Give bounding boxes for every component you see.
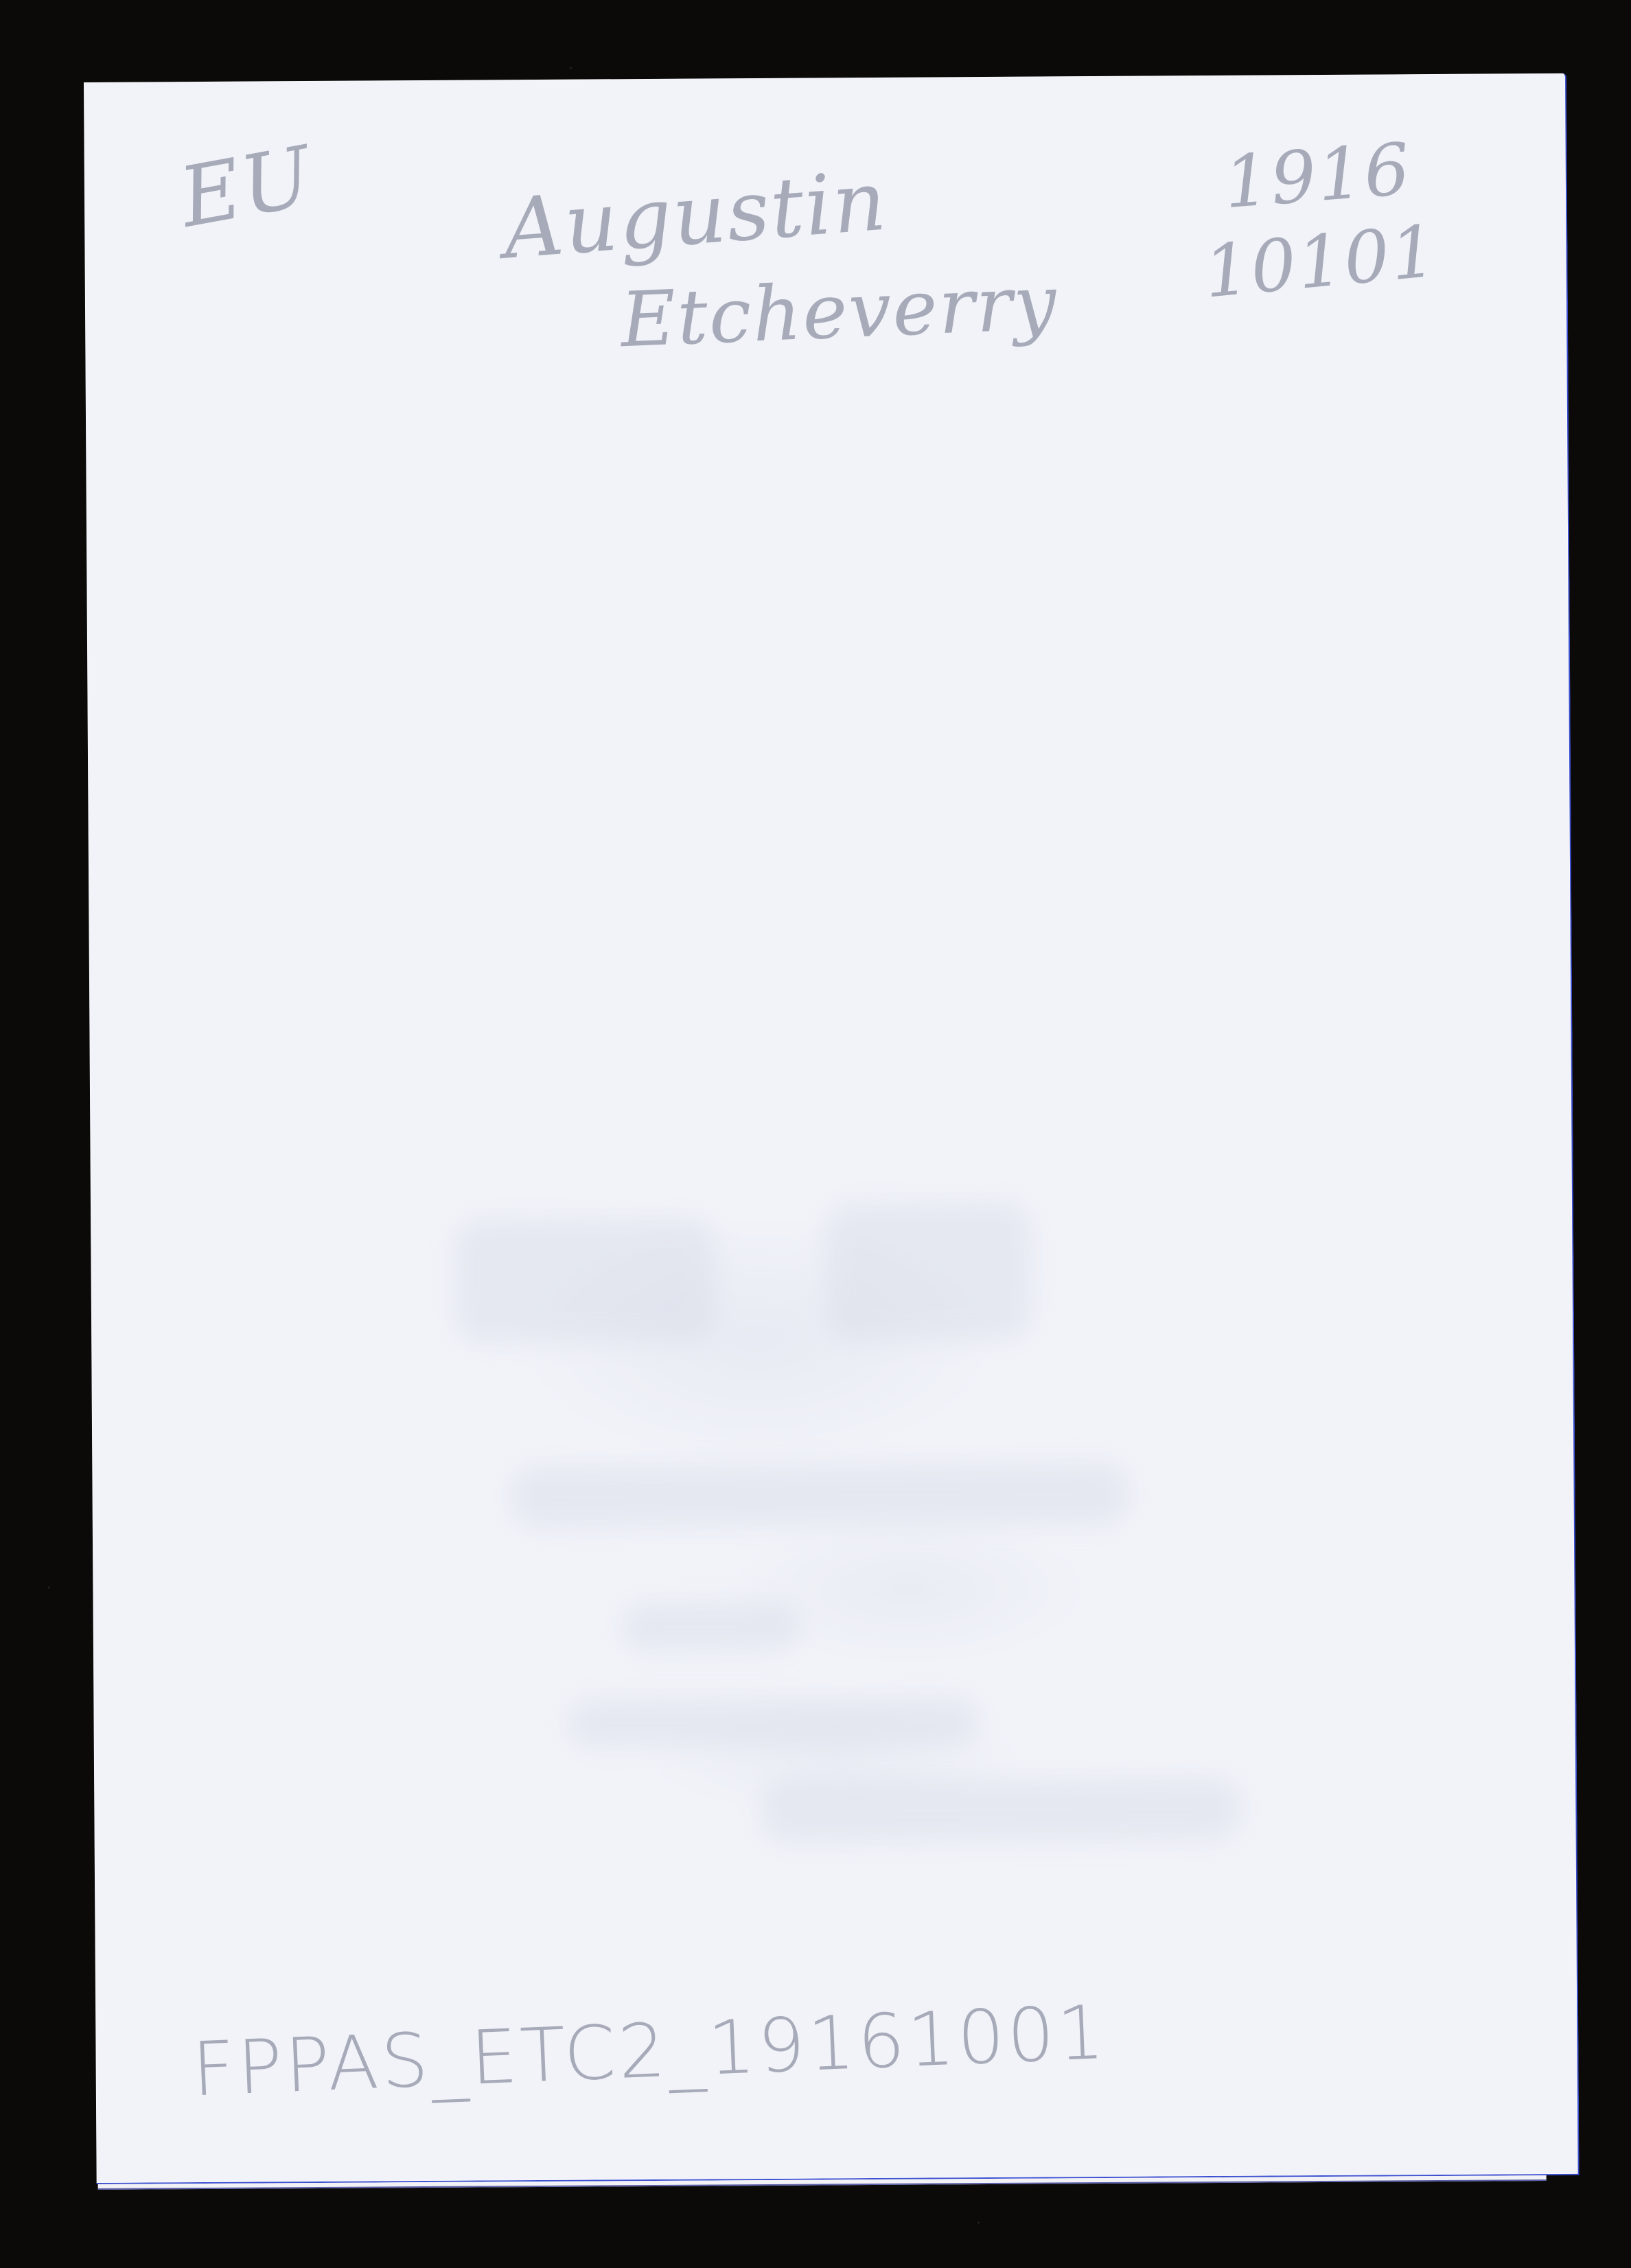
annotation-document-number: 10101 [1201,215,1441,308]
bleed-through-marks [399,1104,1296,1934]
annotation-last-name: Etcheverry [619,264,1059,358]
annotation-year: 1916 [1221,133,1413,218]
annotation-eu: EU [174,135,319,240]
document-page: EU Augustin Etcheverry 1916 10101 FPPAS_… [84,73,1580,2184]
